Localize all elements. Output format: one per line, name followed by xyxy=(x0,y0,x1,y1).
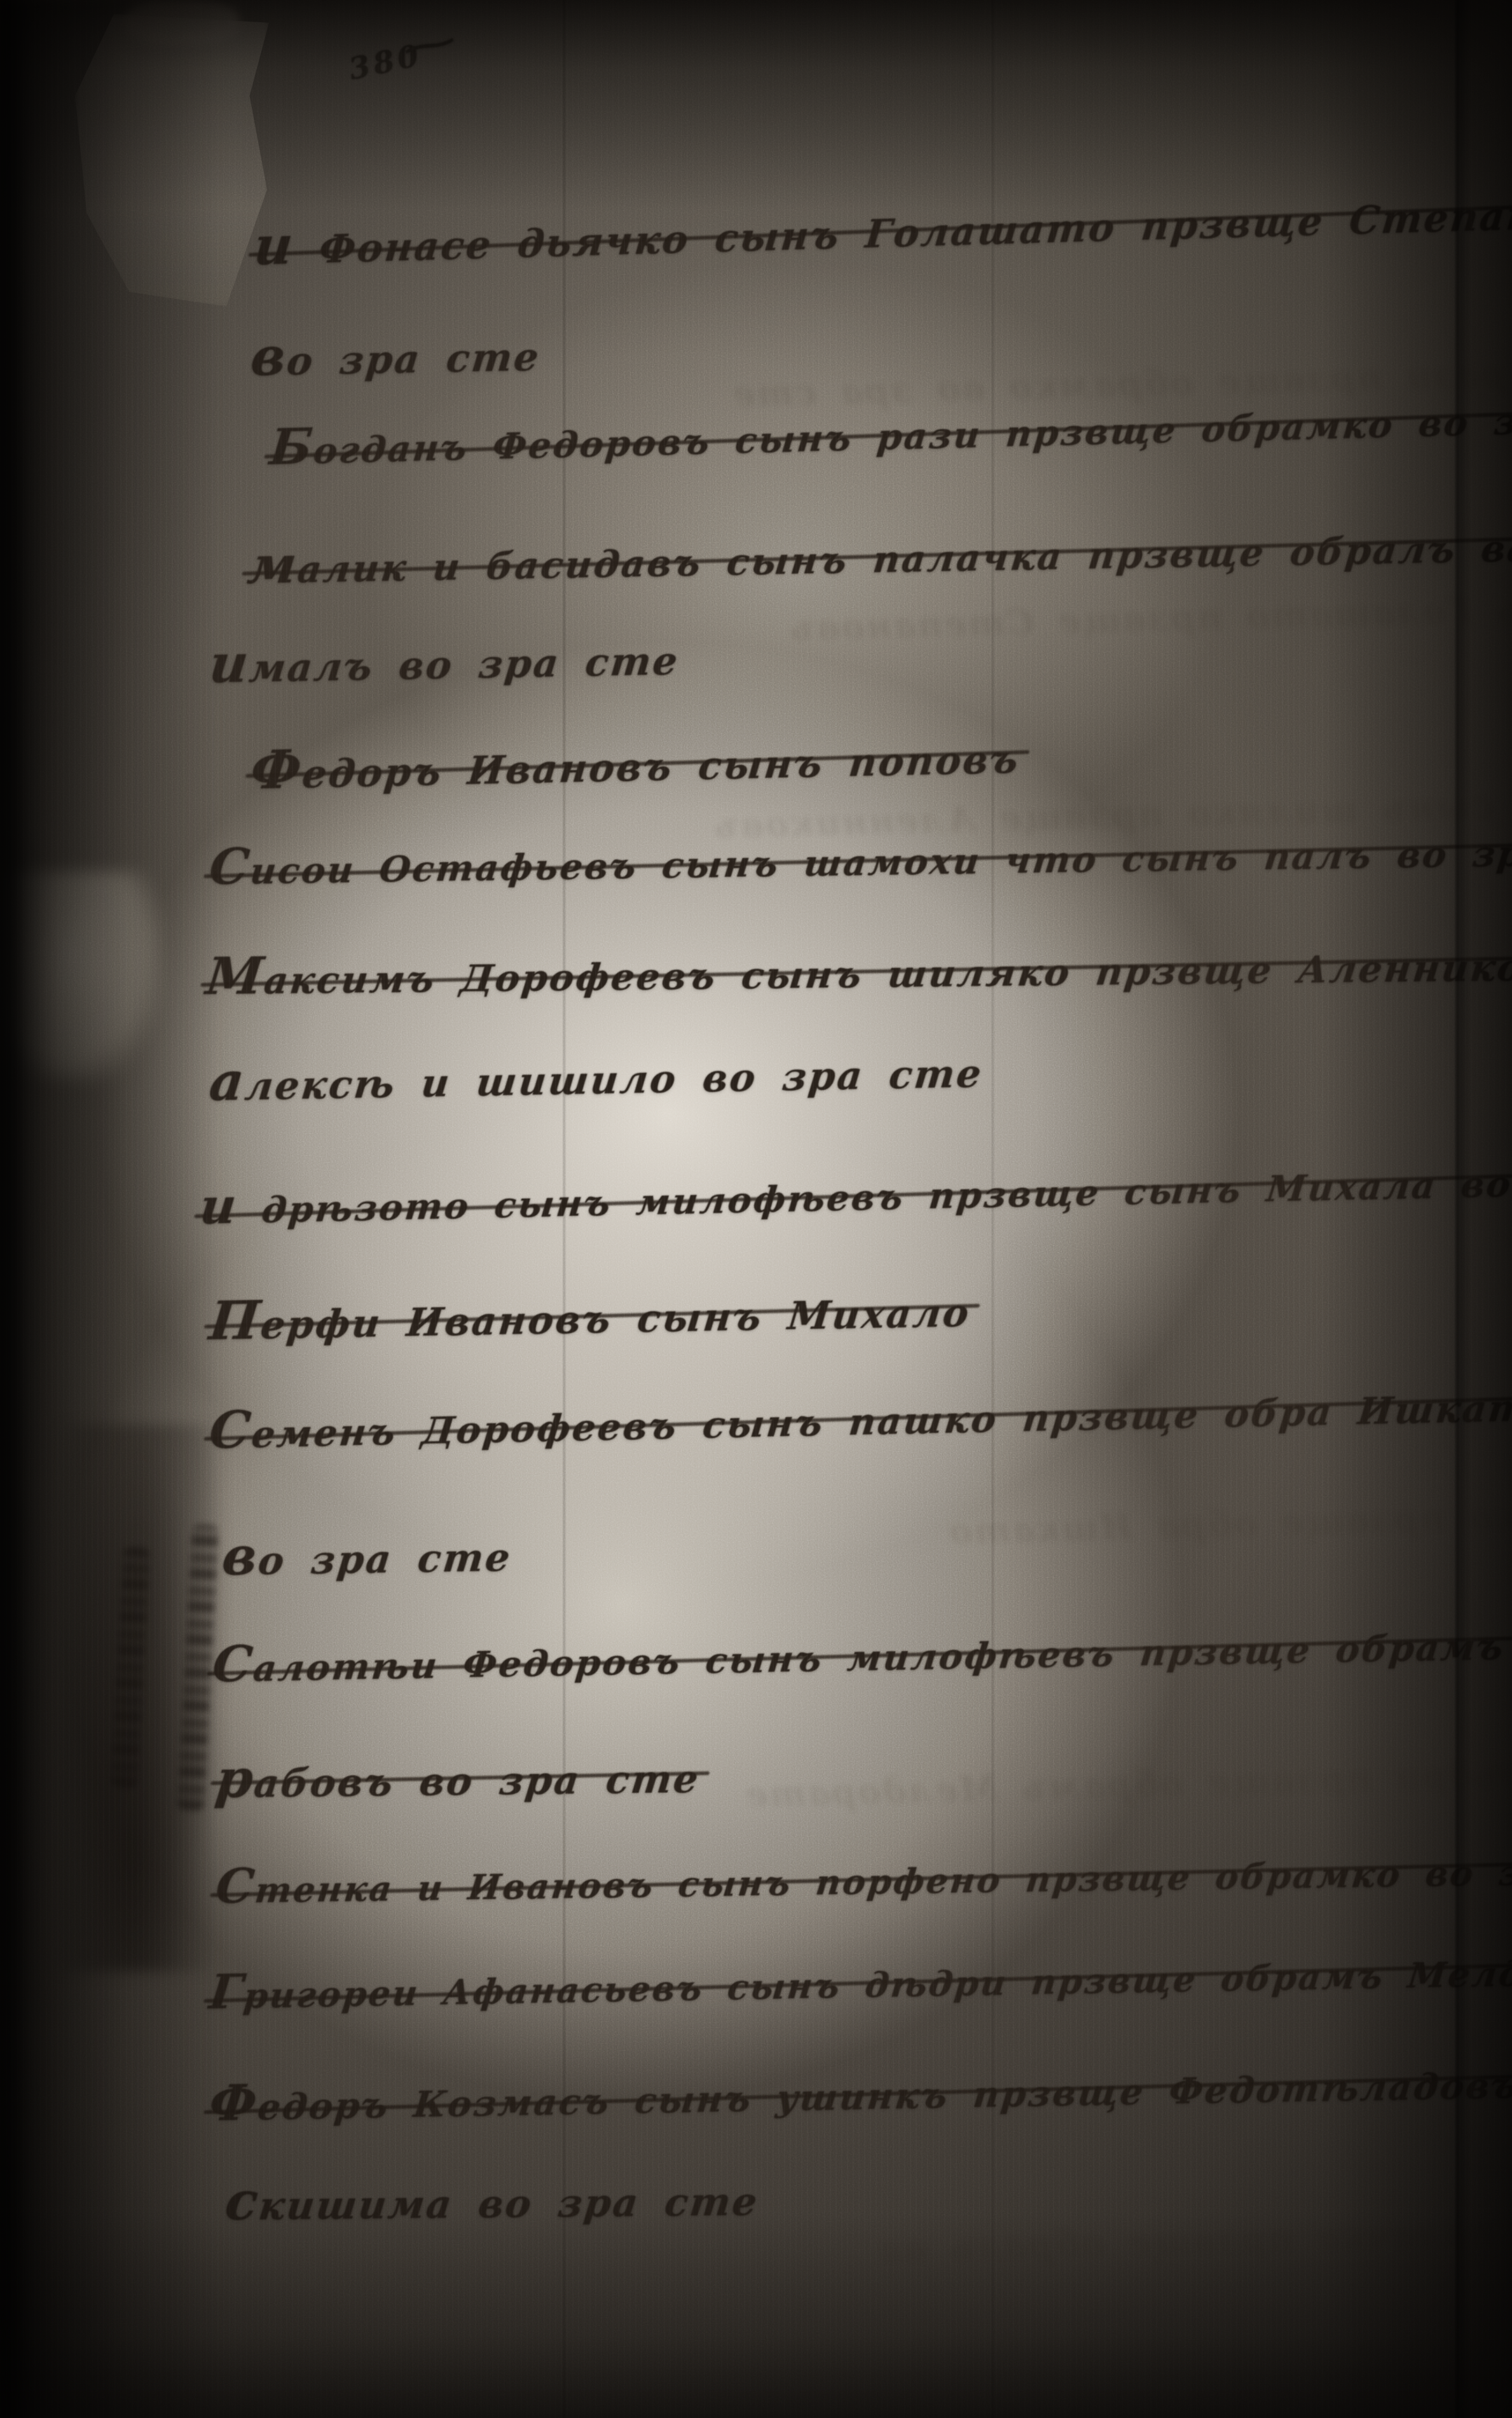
film-grain-overlay xyxy=(0,0,1512,2418)
manuscript-photo: Богданъ Федоровъ сынъ рази прзвще обрамк… xyxy=(0,0,1512,2418)
